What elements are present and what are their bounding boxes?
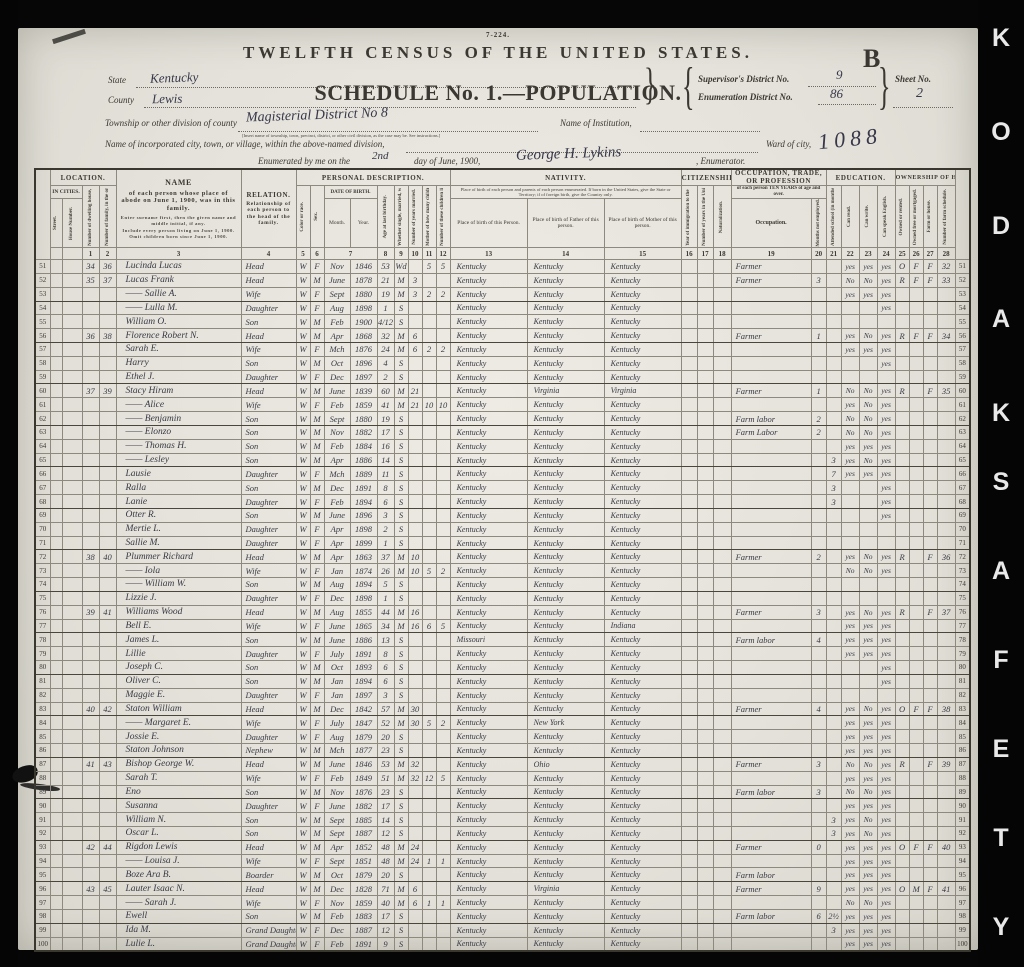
table-row: 57Sarah E.WifeWFMch187624M622KentuckyKen… xyxy=(35,343,970,357)
cell-birth-month: Dec xyxy=(324,882,350,896)
table-row: 67RallaSonWMDec18918SKentuckyKentuckyKen… xyxy=(35,481,970,495)
cell-occupation: Farm labor xyxy=(731,633,811,647)
cell-children-living xyxy=(436,868,450,882)
cell-owned-rented xyxy=(895,301,909,315)
row-number: 51 xyxy=(35,260,50,274)
cell-immigration-year xyxy=(681,550,697,564)
cell-naturalization xyxy=(713,591,731,605)
cell-mother-of: 5 xyxy=(422,260,436,274)
row-number: 92 xyxy=(955,826,970,840)
cell-farm-house xyxy=(923,315,937,329)
cell-attended-school: 3 xyxy=(826,813,841,827)
table-row: 62—— BenjaminSonWMSept188019SKentuckyKen… xyxy=(35,412,970,426)
cell-can-speak-english: yes xyxy=(877,785,895,799)
cell-name: —— Elonzo xyxy=(116,425,241,439)
cell-farm-house xyxy=(923,909,937,923)
cell-house-number xyxy=(62,896,82,910)
cell-can-speak-english: yes xyxy=(877,412,895,426)
cell-house-number xyxy=(62,868,82,882)
table-row: 834042Staton WilliamHeadWMDec184257M30Ke… xyxy=(35,702,970,716)
cell-name: —— Thomas H. xyxy=(116,439,241,453)
cell-farm-schedule xyxy=(937,633,955,647)
cell-mother-birthplace: Kentucky xyxy=(604,868,681,882)
cell-sex: M xyxy=(310,578,324,592)
cell-color: W xyxy=(296,813,310,827)
owned-rented-header: Owned or rented. xyxy=(895,186,909,248)
cell-naturalization xyxy=(713,661,731,675)
name-group-label: NAME xyxy=(117,177,241,189)
row-number: 94 xyxy=(955,854,970,868)
cell-sex: F xyxy=(310,771,324,785)
row-number: 93 xyxy=(35,840,50,854)
cell-attended-school xyxy=(826,647,841,661)
cell-mother-birthplace: Kentucky xyxy=(604,301,681,315)
cell-family-number xyxy=(99,370,116,384)
cell-naturalization xyxy=(713,619,731,633)
cell-house-number xyxy=(62,329,82,343)
table-row: 61—— AliceWifeWFFeb185941M211010Kentucky… xyxy=(35,398,970,412)
cell-family-number xyxy=(99,674,116,688)
cell-free-mortgaged xyxy=(909,495,923,509)
cell-can-write: No xyxy=(859,785,877,799)
cell-can-speak-english: yes xyxy=(877,550,895,564)
cell-birth-year: 1842 xyxy=(350,702,377,716)
cell-street xyxy=(50,260,62,274)
cell-color: W xyxy=(296,785,310,799)
column-number: 17 xyxy=(697,248,713,260)
film-letter: K xyxy=(992,26,1010,51)
cell-mother-of xyxy=(422,826,436,840)
film-letter: D xyxy=(992,214,1010,239)
cell-months-unemployed: 1 xyxy=(811,384,826,398)
cell-name: William O. xyxy=(116,315,241,329)
cell-birthplace: Kentucky xyxy=(450,412,527,426)
cell-dwelling-number xyxy=(82,771,99,785)
column-number: 10 xyxy=(408,248,422,260)
cell-can-read: No xyxy=(841,896,859,910)
cell-dwelling-number xyxy=(82,785,99,799)
cell-children-living xyxy=(436,439,450,453)
cell-children-living xyxy=(436,550,450,564)
cell-relation: Daughter xyxy=(241,467,296,481)
cell-can-speak-english: yes xyxy=(877,937,895,951)
cell-years-in-us xyxy=(697,633,713,647)
cell-farm-schedule: 39 xyxy=(937,757,955,771)
row-number: 76 xyxy=(35,605,50,619)
cell-attended-school xyxy=(826,260,841,274)
column-number: 27 xyxy=(923,248,937,260)
cell-mother-of: 2 xyxy=(422,287,436,301)
cell-relation: Head xyxy=(241,882,296,896)
cell-dwelling-number xyxy=(82,633,99,647)
cell-mother-of xyxy=(422,384,436,398)
cell-years-in-us xyxy=(697,343,713,357)
cell-free-mortgaged xyxy=(909,854,923,868)
cell-occupation: Farm labor xyxy=(731,412,811,426)
table-row: 78James L.SonWMJune188613SMissouriKentuc… xyxy=(35,633,970,647)
year-header: Year. xyxy=(350,199,377,248)
cell-color: W xyxy=(296,315,310,329)
cell-naturalization xyxy=(713,370,731,384)
film-letter: T xyxy=(993,826,1008,851)
cell-naturalization xyxy=(713,633,731,647)
cell-naturalization xyxy=(713,716,731,730)
cell-years-married: 6 xyxy=(408,882,422,896)
cell-marital-status: S xyxy=(394,301,408,315)
cell-occupation: Farmer xyxy=(731,605,811,619)
cell-occupation: Farmer xyxy=(731,273,811,287)
cell-birth-year: 1897 xyxy=(350,370,377,384)
cell-attended-school xyxy=(826,329,841,343)
cell-can-speak-english: yes xyxy=(877,826,895,840)
cell-attended-school xyxy=(826,619,841,633)
cell-immigration-year xyxy=(681,412,697,426)
cell-attended-school xyxy=(826,799,841,813)
cell-mother-of xyxy=(422,702,436,716)
cell-marital-status: M xyxy=(394,384,408,398)
cell-birthplace: Kentucky xyxy=(450,578,527,592)
cell-farm-house: F xyxy=(923,384,937,398)
cell-owned-rented xyxy=(895,937,909,951)
cell-mother-of xyxy=(422,315,436,329)
cell-name: Joseph C. xyxy=(116,661,241,675)
cell-name: Lizzie J. xyxy=(116,591,241,605)
cell-street xyxy=(50,591,62,605)
row-number: 56 xyxy=(955,329,970,343)
cell-mother-birthplace: Kentucky xyxy=(604,329,681,343)
cell-relation: Grand Daughter xyxy=(241,937,296,951)
cell-owned-rented xyxy=(895,771,909,785)
film-letter: K xyxy=(992,401,1010,426)
census-table: LOCATION. NAME of each person whose plac… xyxy=(34,168,971,952)
cell-farm-schedule xyxy=(937,481,955,495)
cell-mother-of xyxy=(422,508,436,522)
cell-free-mortgaged xyxy=(909,923,923,937)
cell-farm-house xyxy=(923,826,937,840)
cell-farm-schedule xyxy=(937,854,955,868)
cell-months-unemployed xyxy=(811,923,826,937)
house-number-header: House Number. xyxy=(62,199,82,248)
cell-dwelling-number xyxy=(82,315,99,329)
cell-immigration-year xyxy=(681,370,697,384)
column-number: 22 xyxy=(841,248,859,260)
enumerator-label: , Enumerator. xyxy=(696,156,745,166)
cell-dwelling-number xyxy=(82,688,99,702)
cell-can-read: yes xyxy=(841,398,859,412)
cell-name: Ida M. xyxy=(116,923,241,937)
cell-free-mortgaged xyxy=(909,315,923,329)
column-number: 5 xyxy=(296,248,310,260)
cell-years-married: 3 xyxy=(408,273,422,287)
cell-attended-school xyxy=(826,702,841,716)
cell-farm-schedule xyxy=(937,439,955,453)
cell-age: 16 xyxy=(377,439,394,453)
cell-attended-school xyxy=(826,688,841,702)
cell-marital-status: S xyxy=(394,370,408,384)
cell-can-read: yes xyxy=(841,287,859,301)
cell-years-in-us xyxy=(697,799,713,813)
cell-age: 57 xyxy=(377,702,394,716)
table-row: 75Lizzie J.DaughterWFDec18981SKentuckyKe… xyxy=(35,591,970,605)
cell-color: W xyxy=(296,564,310,578)
cell-can-write xyxy=(859,315,877,329)
cell-street xyxy=(50,564,62,578)
cell-relation: Daughter xyxy=(241,495,296,509)
cell-mother-of: 5 xyxy=(422,564,436,578)
cell-birth-year: 1880 xyxy=(350,412,377,426)
column-number: 24 xyxy=(877,248,895,260)
cell-sex: M xyxy=(310,868,324,882)
cell-dwelling-number: 35 xyxy=(82,273,99,287)
cell-mother-of xyxy=(422,591,436,605)
cell-mother-of xyxy=(422,633,436,647)
cell-age: 1 xyxy=(377,591,394,605)
cell-naturalization xyxy=(713,453,731,467)
cell-attended-school xyxy=(826,536,841,550)
cell-name: Lanie xyxy=(116,495,241,509)
cell-free-mortgaged xyxy=(909,744,923,758)
table-row: 523537Lucas FrankHeadWMJune187821M3Kentu… xyxy=(35,273,970,287)
column-number: 21 xyxy=(826,248,841,260)
cell-attended-school xyxy=(826,315,841,329)
color-header: Color or race. xyxy=(296,186,310,248)
cell-naturalization xyxy=(713,799,731,813)
cell-mother-birthplace: Kentucky xyxy=(604,439,681,453)
cell-age: 8 xyxy=(377,647,394,661)
cell-dwelling-number xyxy=(82,661,99,675)
cell-attended-school: 2½ xyxy=(826,909,841,923)
cell-farm-schedule: 37 xyxy=(937,605,955,619)
cell-farm-house xyxy=(923,578,937,592)
cell-birth-year: 1897 xyxy=(350,688,377,702)
table-row: 85Jossie E.DaughterWFAug187920SKentuckyK… xyxy=(35,730,970,744)
cell-age: 23 xyxy=(377,744,394,758)
cell-can-write: yes xyxy=(859,868,877,882)
film-letter: S xyxy=(993,470,1010,495)
cell-sex: M xyxy=(310,826,324,840)
cell-free-mortgaged xyxy=(909,605,923,619)
cell-age: 11 xyxy=(377,467,394,481)
cell-free-mortgaged xyxy=(909,301,923,315)
rule xyxy=(640,120,760,132)
cell-years-married xyxy=(408,785,422,799)
cell-father-birthplace: Kentucky xyxy=(527,674,604,688)
cell-attended-school xyxy=(826,937,841,951)
cell-birth-month: June xyxy=(324,384,350,398)
township-note: [Insert name of township, town, precinct… xyxy=(242,133,440,138)
cell-attended-school xyxy=(826,384,841,398)
cell-free-mortgaged: F xyxy=(909,702,923,716)
cell-birth-year: 1894 xyxy=(350,578,377,592)
cell-color: W xyxy=(296,896,310,910)
cell-immigration-year xyxy=(681,661,697,675)
cell-dwelling-number xyxy=(82,495,99,509)
cell-marital-status: S xyxy=(394,453,408,467)
column-number: 16 xyxy=(681,248,697,260)
cell-family-number xyxy=(99,564,116,578)
cell-color: W xyxy=(296,647,310,661)
cell-free-mortgaged: F xyxy=(909,260,923,274)
cell-relation: Daughter xyxy=(241,536,296,550)
cell-relation: Daughter xyxy=(241,591,296,605)
cell-months-unemployed xyxy=(811,356,826,370)
cell-father-birthplace: Kentucky xyxy=(527,868,604,882)
cell-farm-house xyxy=(923,730,937,744)
cell-months-unemployed xyxy=(811,688,826,702)
census-table-body: 513436Lucinda LucasHeadWFNov184653Wd55Ke… xyxy=(35,260,970,951)
cell-name: —— Margaret E. xyxy=(116,716,241,730)
cell-owned-rented: O xyxy=(895,840,909,854)
cell-months-unemployed xyxy=(811,522,826,536)
cell-attended-school xyxy=(826,757,841,771)
cell-owned-rented xyxy=(895,315,909,329)
cell-immigration-year xyxy=(681,716,697,730)
cell-farm-schedule xyxy=(937,716,955,730)
cell-mother-birthplace: Kentucky xyxy=(604,356,681,370)
table-row: 91William N.SonWMSept188514SKentuckyKent… xyxy=(35,813,970,827)
cell-can-read xyxy=(841,495,859,509)
table-row: 65—— LesleySonWMApr188614SKentuckyKentuc… xyxy=(35,453,970,467)
cell-street xyxy=(50,536,62,550)
cell-color: W xyxy=(296,287,310,301)
cell-owned-rented xyxy=(895,744,909,758)
cell-age: 51 xyxy=(377,771,394,785)
cell-dwelling-number xyxy=(82,923,99,937)
cell-occupation xyxy=(731,508,811,522)
cell-occupation xyxy=(731,467,811,481)
cell-free-mortgaged xyxy=(909,826,923,840)
cell-occupation xyxy=(731,522,811,536)
cell-owned-rented xyxy=(895,813,909,827)
cell-farm-schedule xyxy=(937,799,955,813)
cell-family-number xyxy=(99,591,116,605)
cell-marital-status: S xyxy=(394,578,408,592)
cell-relation: Head xyxy=(241,329,296,343)
column-number: 1 xyxy=(82,248,99,260)
column-number: 26 xyxy=(909,248,923,260)
cell-naturalization xyxy=(713,329,731,343)
cell-occupation xyxy=(731,647,811,661)
cell-birth-year: 1896 xyxy=(350,508,377,522)
cell-years-married: 30 xyxy=(408,716,422,730)
cell-color: W xyxy=(296,744,310,758)
cell-naturalization xyxy=(713,785,731,799)
cell-sex: F xyxy=(310,370,324,384)
cell-attended-school xyxy=(826,508,841,522)
cell-owned-rented: R xyxy=(895,384,909,398)
cell-children-living xyxy=(436,301,450,315)
table-row: 63—— ElonzoSonWMNov188217SKentuckyKentuc… xyxy=(35,425,970,439)
cell-attended-school xyxy=(826,439,841,453)
table-row: 964345Lauter Isaac N.HeadWMDec182871M6Ke… xyxy=(35,882,970,896)
row-number: 85 xyxy=(955,730,970,744)
cell-relation: Wife xyxy=(241,896,296,910)
cell-naturalization xyxy=(713,840,731,854)
cell-marital-status: S xyxy=(394,536,408,550)
cell-mother-of xyxy=(422,661,436,675)
table-row: 64—— Thomas H.SonWMFeb188416SKentuckyKen… xyxy=(35,439,970,453)
film-letter: A xyxy=(992,559,1010,584)
cell-father-birthplace: Kentucky xyxy=(527,744,604,758)
row-number: 64 xyxy=(35,439,50,453)
cell-mother-of xyxy=(422,439,436,453)
cell-mother-birthplace: Kentucky xyxy=(604,467,681,481)
cell-relation: Son xyxy=(241,785,296,799)
cell-immigration-year xyxy=(681,343,697,357)
film-letter: E xyxy=(993,737,1010,762)
cell-relation: Daughter xyxy=(241,301,296,315)
cell-years-married: 6 xyxy=(408,896,422,910)
row-number: 77 xyxy=(35,619,50,633)
cell-marital-status: S xyxy=(394,813,408,827)
cell-mother-birthplace: Kentucky xyxy=(604,536,681,550)
cell-color: W xyxy=(296,356,310,370)
cell-naturalization xyxy=(713,882,731,896)
cell-birth-month: Apr xyxy=(324,522,350,536)
cell-years-in-us xyxy=(697,578,713,592)
cell-house-number xyxy=(62,398,82,412)
cell-owned-rented xyxy=(895,647,909,661)
cell-naturalization xyxy=(713,481,731,495)
cell-can-write xyxy=(859,578,877,592)
cell-street xyxy=(50,605,62,619)
cell-birth-year: 1865 xyxy=(350,619,377,633)
cell-age: 24 xyxy=(377,343,394,357)
table-row: 603739Stacy HiramHeadWMJune183960M21Kent… xyxy=(35,384,970,398)
cell-owned-rented xyxy=(895,356,909,370)
cell-color: W xyxy=(296,273,310,287)
occupation-header: Occupation. xyxy=(731,199,811,248)
cell-father-birthplace: Kentucky xyxy=(527,536,604,550)
cell-months-unemployed xyxy=(811,674,826,688)
cell-birth-year: 1887 xyxy=(350,923,377,937)
cell-farm-schedule xyxy=(937,301,955,315)
cell-children-living xyxy=(436,384,450,398)
cell-occupation xyxy=(731,854,811,868)
cell-name: Ralla xyxy=(116,481,241,495)
row-number-column-header xyxy=(35,169,50,260)
cell-mother-of xyxy=(422,674,436,688)
cell-birthplace: Kentucky xyxy=(450,840,527,854)
cell-can-speak-english: yes xyxy=(877,854,895,868)
cell-free-mortgaged xyxy=(909,481,923,495)
cell-free-mortgaged xyxy=(909,937,923,951)
cell-years-in-us xyxy=(697,813,713,827)
row-number: 89 xyxy=(955,785,970,799)
row-number: 56 xyxy=(35,329,50,343)
cell-farm-house xyxy=(923,937,937,951)
children-living-header: Number of these children living. xyxy=(436,186,450,248)
film-brand-kodak: KODAK xyxy=(984,26,1018,426)
cell-sex: M xyxy=(310,439,324,453)
cell-years-married: 6 xyxy=(408,343,422,357)
cell-mother-birthplace: Kentucky xyxy=(604,412,681,426)
cell-street xyxy=(50,619,62,633)
cell-father-birthplace: Kentucky xyxy=(527,605,604,619)
cell-mother-birthplace: Kentucky xyxy=(604,453,681,467)
cell-color: W xyxy=(296,467,310,481)
cell-free-mortgaged xyxy=(909,536,923,550)
cell-farm-house xyxy=(923,868,937,882)
cell-immigration-year xyxy=(681,508,697,522)
cell-father-birthplace: Ohio xyxy=(527,757,604,771)
cell-birthplace: Kentucky xyxy=(450,301,527,315)
row-number: 57 xyxy=(955,343,970,357)
row-number: 60 xyxy=(35,384,50,398)
cell-mother-birthplace: Kentucky xyxy=(604,370,681,384)
cell-attended-school xyxy=(826,744,841,758)
cell-dwelling-number xyxy=(82,301,99,315)
